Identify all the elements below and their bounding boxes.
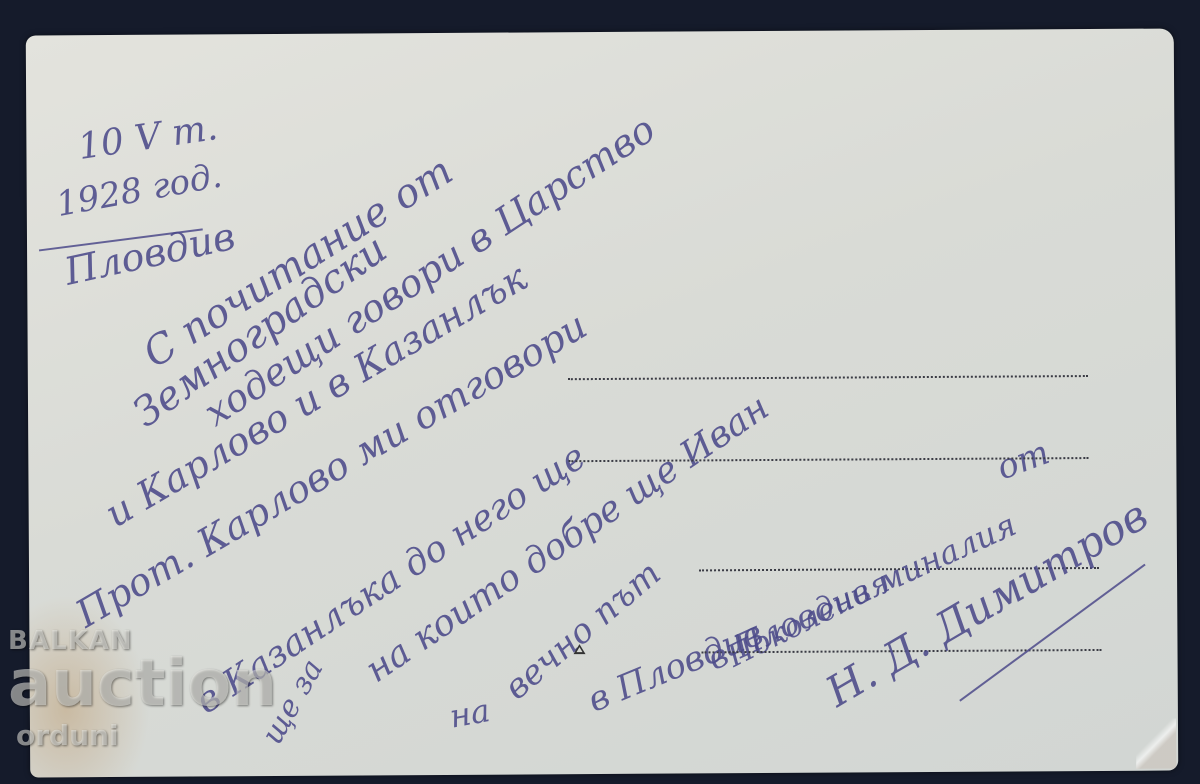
- place-name: Пловдив: [60, 214, 238, 294]
- watermark-line-2: auction: [8, 652, 277, 716]
- watermark: BALKAN auction orduni: [8, 628, 277, 750]
- date-line-2: 1928 год.: [53, 156, 225, 225]
- message-line: от: [991, 432, 1054, 488]
- address-line-1: [568, 375, 1088, 380]
- corner-crease: [1136, 718, 1176, 768]
- watermark-line-3: orduni: [16, 722, 277, 750]
- triangle-mark: [573, 644, 585, 654]
- message-line: на: [447, 691, 493, 736]
